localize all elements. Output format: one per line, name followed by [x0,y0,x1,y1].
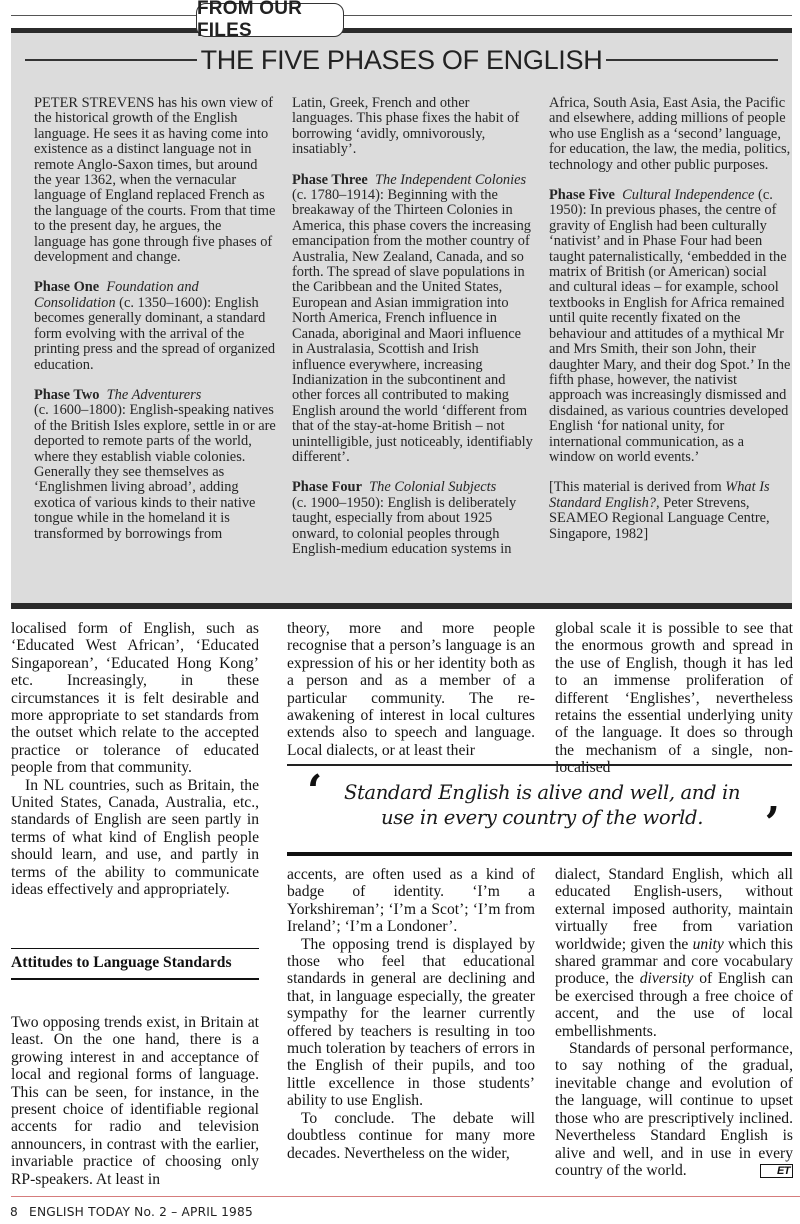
title-rule-right [606,59,778,61]
phase-label: Phase One [34,279,99,295]
subheading-attitudes: Attitudes to Language Standards [11,948,259,980]
paragraph: dialect, Standard English, which all edu… [555,866,793,1040]
from-our-files-feature: FROM OUR FILES THE FIVE PHASES OF ENGLIS… [11,0,792,609]
paragraph: The opposing trend is displayed by those… [287,936,535,1110]
source-note: [This material is derived from What Is S… [549,480,791,542]
footer-rule [11,1196,800,1197]
emphasis-unity: unity [693,936,724,953]
phase-label: Phase Five [549,187,615,203]
emphasis-diversity: diversity [640,970,694,987]
phase-label: Phase Four [292,479,362,495]
pull-quote-top-rule [287,764,792,766]
phase-two-body-first-part: (c. 1600–1800): English-speaking natives… [34,402,276,541]
feature-intro: PETER STREVENS has his own view of the h… [34,96,276,265]
phase-one: Phase One Foundation and Consolidation (… [34,280,276,372]
phase-two: Phase Two The Adventurers​ (c. 1600–1800… [34,388,276,542]
phase-four-body-continued: Africa, South Asia, East Asia, the Pacif… [549,96,791,173]
article-column-1: localised form of English, such as ‘Educ… [11,620,259,899]
paragraph: accents, are often used as a kind of bad… [287,866,535,936]
text-run: Standards of personal performance, to sa… [555,1040,793,1179]
phase-title: The Adventurers [107,387,202,403]
open-quote-mark-icon: ‘ [307,770,322,814]
feature-title: THE FIVE PHASES OF ENGLISH [197,45,607,76]
phase-title: The Colonial Subjects [369,479,496,495]
et-end-mark-icon: ET [760,1164,793,1178]
feature-column-1: PETER STREVENS has his own view of the h… [34,96,276,557]
paragraph: In NL countries, such as Britain, the Un… [11,777,259,899]
paragraph: Standards of personal performance, to sa… [555,1040,793,1179]
pull-quote: ‘ Standard English is alive and well, an… [287,780,792,846]
phase-body: (c. 1950): In previous phases, the centr… [549,187,790,465]
paragraph: localised form of English, such as ‘Educ… [11,620,259,777]
feature-column-3: Africa, South Asia, East Asia, the Pacif… [549,96,791,557]
phase-four: Phase Four The Colonial Subjects(c. 1900… [292,480,534,557]
pull-quote-bottom-rule [287,852,792,856]
phase-title: The Independent Colonies [375,172,526,188]
phase-two-body-continued: Latin, Greek, French and other languages… [292,96,534,158]
phase-body: (c. 1780–1914): Beginning with the break… [292,187,533,465]
article-column-3-top: global scale it is possible to see that … [555,620,793,777]
paragraph: global scale it is possible to see that … [555,620,793,777]
pull-quote-text: Standard English is alive and well, and … [332,780,752,830]
source-prefix: [This material is derived from [549,479,725,495]
publication-info: ENGLISH TODAY No. 2 – APRIL 1985 [29,1205,253,1219]
feature-column-2: Latin, Greek, French and other languages… [292,96,534,572]
phase-four-body-first-part: (c. 1900–1950): English is deliberately … [292,495,516,557]
article-column-1-continued: Two opposing trends exist, in Britain at… [11,1014,259,1188]
article-column-3-bottom: dialect, Standard English, which all edu… [555,866,793,1179]
feature-top-rule [11,15,792,16]
article-column-2-top: theory, more and more people recognise t… [287,620,535,759]
page-footer: 8 ENGLISH TODAY No. 2 – APRIL 1985 [10,1205,253,1219]
title-rule-left [25,59,197,61]
phase-title: Cultural Independence [622,187,754,203]
page-number: 8 [10,1205,18,1219]
paragraph: To conclude. The debate will doubtless c… [287,1110,535,1162]
paragraph: theory, more and more people recognise t… [287,620,535,759]
feature-title-row: THE FIVE PHASES OF ENGLISH [25,42,778,78]
article-column-2-bottom: accents, are often used as a kind of bad… [287,866,535,1162]
phase-five: Phase Five Cultural Independence (c. 195… [549,188,791,465]
section-label-tab: FROM OUR FILES [196,3,344,37]
feature-bottom-band [11,603,792,609]
close-quote-mark-icon: ’ [765,802,780,846]
phase-label: Phase Three [292,172,368,188]
phase-three: Phase Three The Independent Colonies (c.… [292,173,534,466]
phase-label: Phase Two [34,387,99,403]
paragraph: Two opposing trends exist, in Britain at… [11,1014,259,1188]
